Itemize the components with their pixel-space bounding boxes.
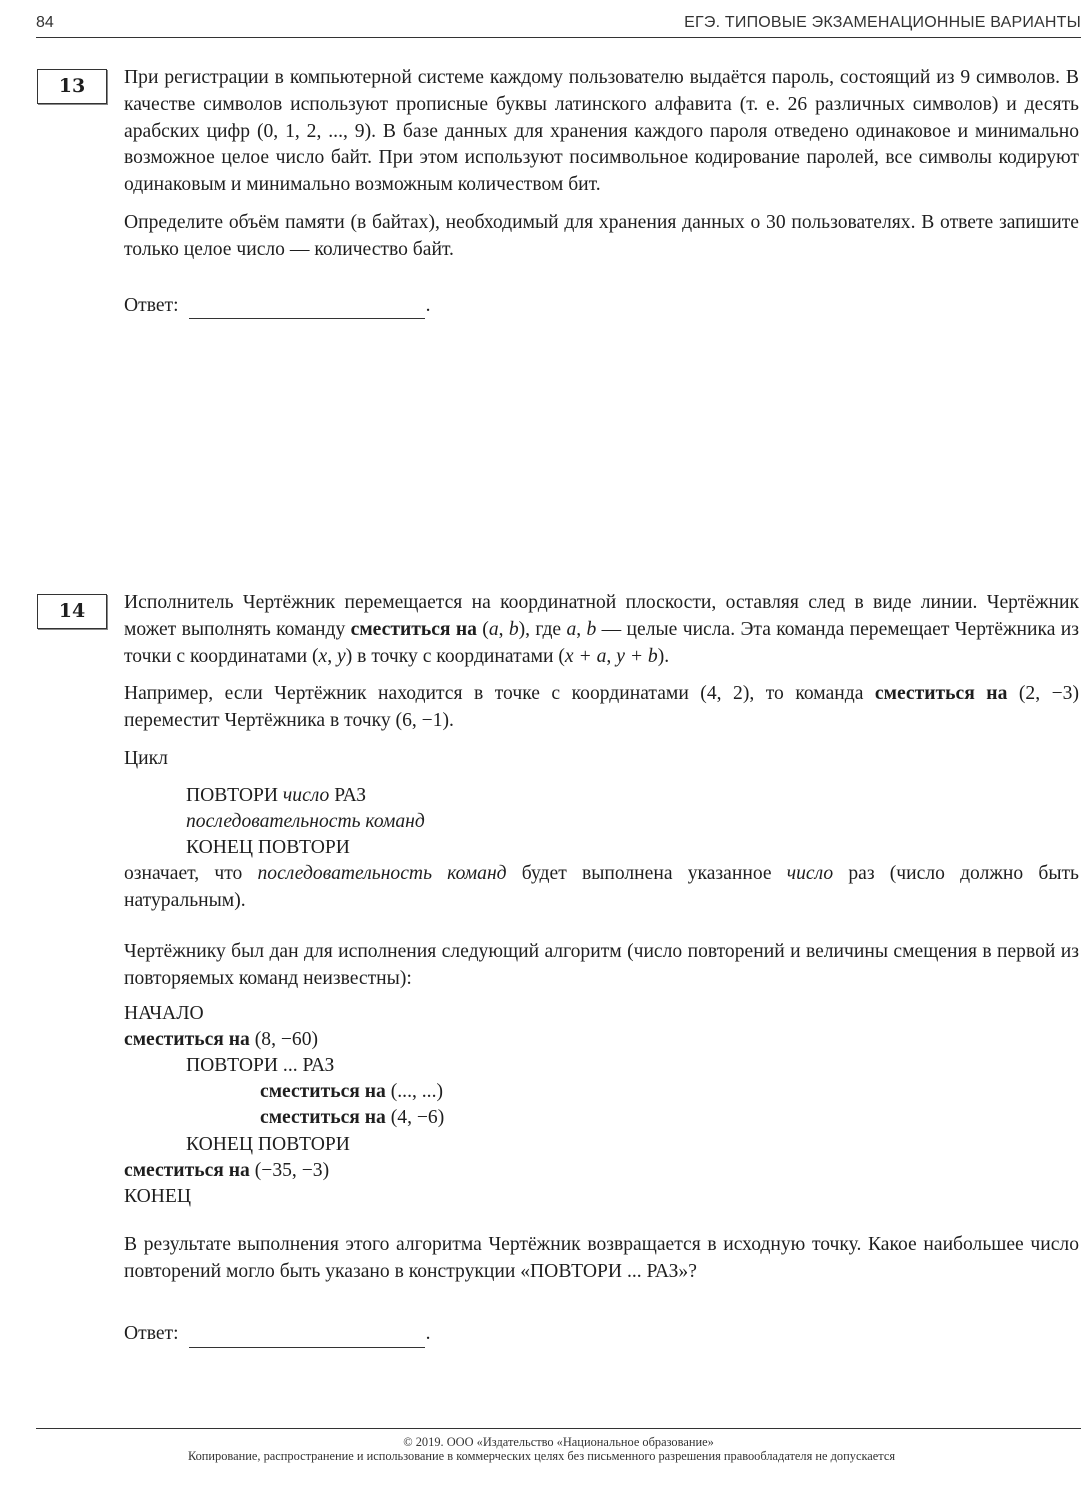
task-13-question: Определите объём памяти (в байтах), необ… (124, 210, 1079, 264)
answer-label: Ответ: (124, 1321, 179, 1348)
task-14-intro: Исполнитель Чертёжник перемещается на ко… (124, 590, 1079, 670)
cycle-label: Цикл (124, 746, 1079, 773)
algorithm-line: сместиться на (−35, −3) (124, 1158, 1079, 1184)
algorithm-line: сместиться на (8, −60) (124, 1027, 1079, 1053)
command-keyword: сместиться на (124, 1160, 250, 1181)
task-14-question: В результате выполнения этого алгоритма … (124, 1232, 1079, 1286)
answer-end-punct: . (426, 1321, 431, 1348)
command-keyword: сместиться на (351, 619, 477, 640)
cycle-def-line-2: последовательность команд (124, 809, 1079, 835)
cycle-explanation: означает, что последовательность команд … (124, 861, 1079, 915)
task-13-condition: При регистрации в компьютерной системе к… (124, 65, 1079, 199)
command-keyword: сместиться на (875, 683, 1007, 704)
algorithm-line: НАЧАЛО (124, 1001, 1079, 1027)
algorithm-line: ПОВТОРИ ... РАЗ (124, 1053, 1079, 1079)
algorithm-line: КОНЕЦ ПОВТОРИ (124, 1132, 1079, 1158)
answer-label: Ответ: (124, 293, 179, 320)
cycle-def-line-1: ПОВТОРИ число РАЗ (124, 783, 1079, 809)
task-13-answer: Ответ: . (124, 293, 1079, 320)
cycle-definition: ПОВТОРИ число РАЗ последовательность ком… (124, 783, 1079, 862)
algorithm-line: КОНЕЦ (124, 1184, 1079, 1210)
algorithm-line: сместиться на (..., ...) (124, 1079, 1079, 1105)
command-keyword: сместиться на (124, 1029, 250, 1050)
command-keyword: сместиться на (260, 1107, 386, 1128)
task-number-13: 13 (37, 69, 107, 104)
copyright: © 2019. ООО «Издательство «Национальное … (36, 1435, 1081, 1449)
answer-field[interactable] (189, 1330, 425, 1348)
task-14-answer: Ответ: . (124, 1321, 1079, 1348)
task-14-example: Например, если Чертёжник находится в точ… (124, 681, 1079, 735)
task-number-14: 14 (37, 594, 107, 629)
page-number: 84 (36, 14, 54, 32)
algorithm-line: сместиться на (4, −6) (124, 1105, 1079, 1131)
page-footer: © 2019. ООО «Издательство «Национальное … (36, 1428, 1081, 1463)
copyright-notice: Копирование, распространение и использов… (36, 1449, 1081, 1463)
algorithm-intro: Чертёжнику был дан для исполнения следую… (124, 939, 1079, 993)
running-title: ЕГЭ. ТИПОВЫЕ ЭКЗАМЕНАЦИОННЫЕ ВАРИАНТЫ (684, 14, 1081, 32)
cycle-def-line-3: КОНЕЦ ПОВТОРИ (124, 835, 1079, 861)
task-14-body: Исполнитель Чертёжник перемещается на ко… (124, 590, 1079, 1348)
answer-end-punct: . (426, 293, 431, 320)
page-header: 84 ЕГЭ. ТИПОВЫЕ ЭКЗАМЕНАЦИОННЫЕ ВАРИАНТЫ (36, 10, 1081, 38)
task-13-body: При регистрации в компьютерной системе к… (124, 65, 1079, 319)
answer-field[interactable] (189, 301, 425, 319)
algorithm-listing: НАЧАЛОсместиться на (8, −60)ПОВТОРИ ... … (124, 1001, 1079, 1211)
command-keyword: сместиться на (260, 1081, 386, 1102)
